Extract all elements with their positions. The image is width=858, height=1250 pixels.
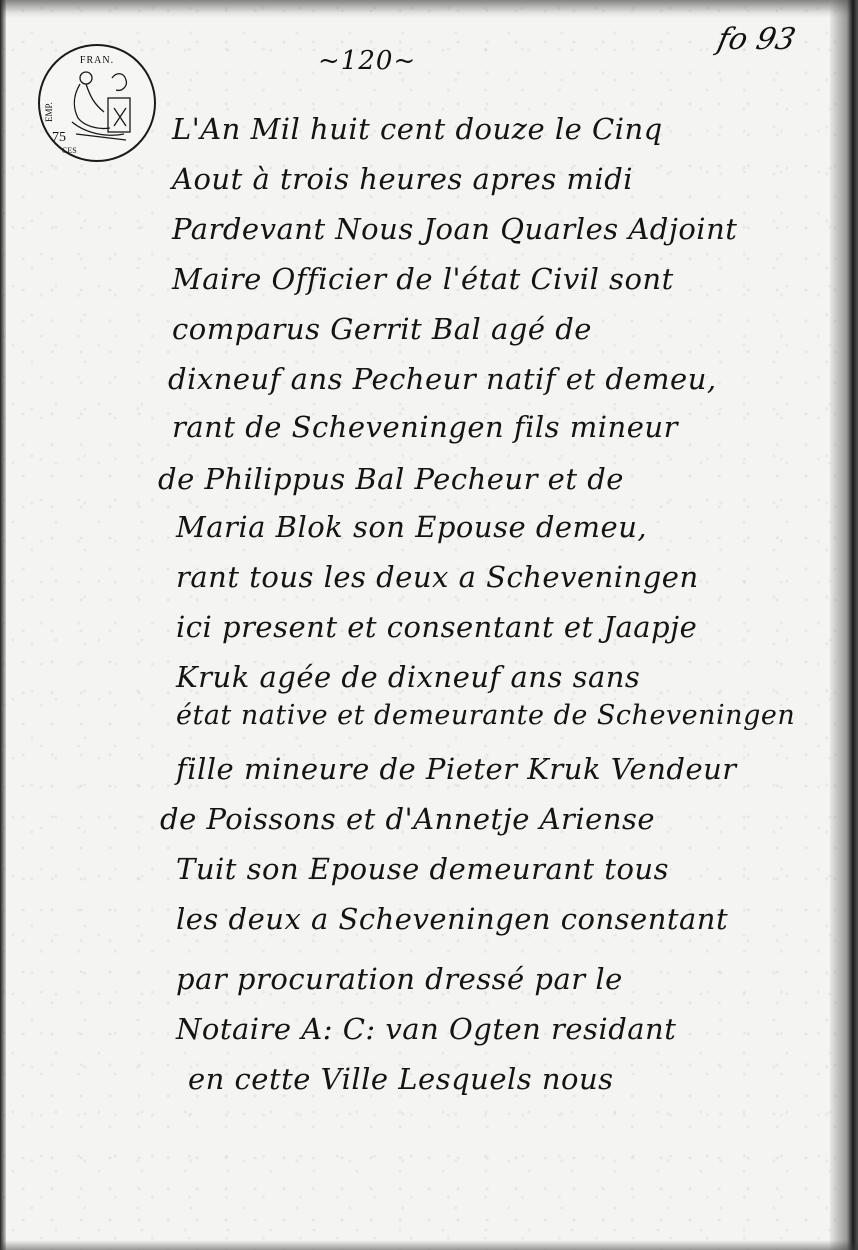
record-line-13: état native et demeurante de Scheveninge…: [176, 700, 795, 731]
record-line-2: Aout à trois heures apres midi: [172, 162, 633, 196]
record-line-10: rant tous les deux a Scheveningen: [176, 560, 699, 594]
stamp-value: 75: [52, 130, 66, 146]
record-line-4: Maire Officier de l'état Civil sont: [172, 262, 674, 296]
record-line-17: les deux a Scheveningen consentant: [176, 902, 728, 936]
record-line-8: de Philippus Bal Pecheur et de: [158, 462, 624, 496]
record-line-1: L'An Mil huit cent douze le Cinq: [172, 112, 663, 146]
page-binding-edge: [830, 0, 858, 1250]
record-line-14: fille mineure de Pieter Kruk Vendeur: [176, 752, 737, 786]
record-line-6: dixneuf ans Pecheur natif et demeu,: [168, 362, 717, 396]
stamp-unit: CES: [62, 146, 77, 155]
record-line-9: Maria Blok son Epouse demeu,: [176, 510, 647, 544]
folio-number: fo 93: [714, 22, 798, 57]
stamp-side-text: EMP.: [44, 102, 54, 122]
record-line-15: de Poissons et d'Annetje Ariense: [160, 802, 655, 836]
document-page: FRAN. EMP. 75 CES ~120~ fo 93 L'An Mil h…: [0, 0, 858, 1250]
record-line-3: Pardevant Nous Joan Quarles Adjoint: [172, 212, 737, 246]
record-line-7: rant de Scheveningen fils mineur: [172, 410, 678, 444]
page-number-value: 120: [341, 46, 394, 76]
tax-stamp: FRAN. EMP. 75 CES: [38, 44, 156, 162]
record-line-11: ici present et consentant et Jaapje: [176, 610, 697, 644]
record-line-18: par procuration dressé par le: [176, 962, 623, 996]
page-top-edge: [0, 0, 858, 18]
page-bottom-edge: [0, 1240, 858, 1250]
page-number: ~120~: [318, 46, 416, 76]
stamp-top-text: FRAN.: [40, 55, 154, 66]
record-line-19: Notaire A: C: van Ogten residant: [176, 1012, 676, 1046]
record-line-16: Tuit son Epouse demeurant tous: [176, 852, 669, 886]
record-line-5: comparus Gerrit Bal agé de: [172, 312, 592, 346]
seated-figure-icon: [64, 68, 136, 146]
page-left-edge: [0, 0, 6, 1250]
record-line-20: en cette Ville Lesquels nous: [188, 1062, 614, 1096]
record-line-12: Kruk agée de dixneuf ans sans: [176, 660, 640, 694]
